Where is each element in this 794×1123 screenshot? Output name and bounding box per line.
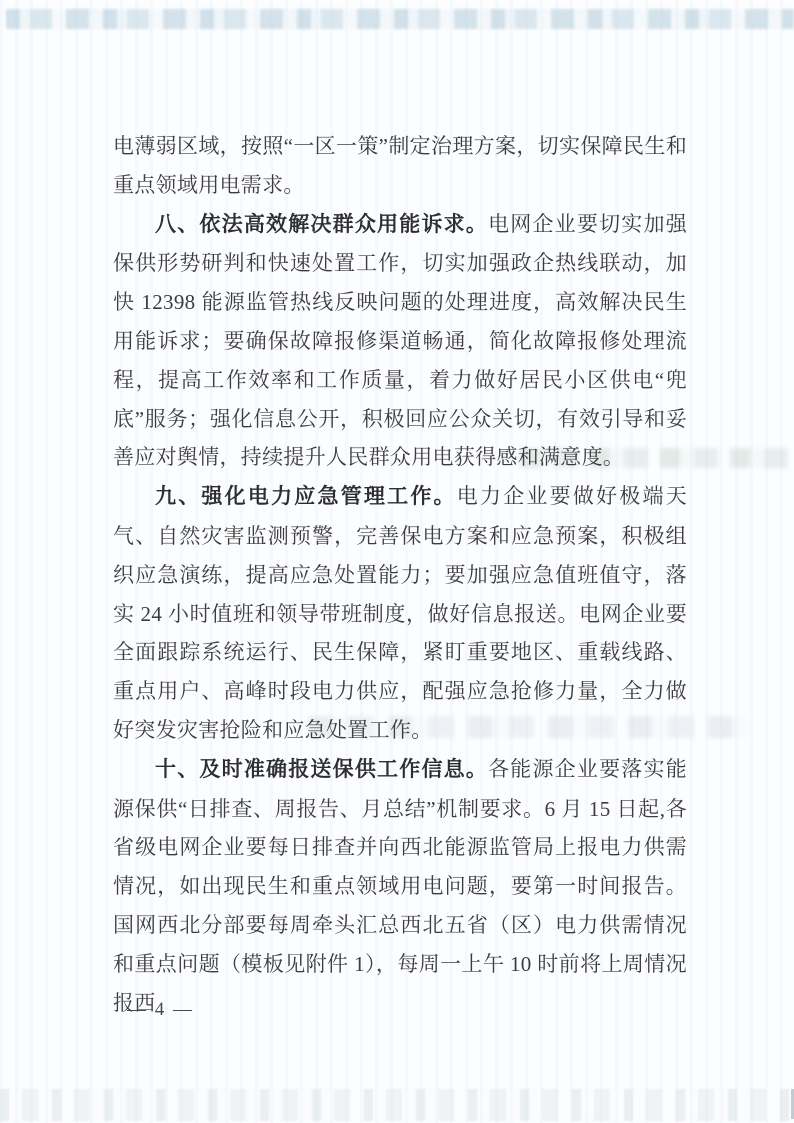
scan-artifact-top-band bbox=[6, 9, 794, 29]
scan-artifact-bottom-band bbox=[0, 1089, 794, 1121]
document-body: 电薄弱区域，按照“一区一策”制定治理方案，切实保障民生和重点领域用电需求。 八、… bbox=[113, 127, 687, 1022]
section-8-heading: 八、依法高效解决群众用能诉求。 bbox=[155, 213, 488, 236]
paragraph-continuation: 电薄弱区域，按照“一区一策”制定治理方案，切实保障民生和重点领域用电需求。 bbox=[113, 127, 687, 205]
document-page: 电薄弱区域，按照“一区一策”制定治理方案，切实保障民生和重点领域用电需求。 八、… bbox=[0, 0, 794, 1123]
paragraph-section-9: 九、强化电力应急管理工作。电力企业要做好极端天气、自然灾害监测预警，完善保电方案… bbox=[113, 477, 687, 750]
paragraph-text: 电网企业要切实加强保供形势研判和快速处置工作，切实加强政企热线联动，加快 123… bbox=[113, 212, 687, 470]
paragraph-section-8: 八、依法高效解决群众用能诉求。电网企业要切实加强保供形势研判和快速处置工作，切实… bbox=[113, 205, 687, 478]
paragraph-text: 电力企业要做好极端天气、自然灾害监测预警，完善保电方案和应急预案，积极组织应急演… bbox=[113, 484, 687, 742]
section-10-heading: 十、及时准确报送保供工作信息。 bbox=[155, 758, 488, 781]
page-number: — 4 — bbox=[127, 999, 194, 1020]
paragraph-text: 各能源企业要落实能源保供“日排查、周报告、月总结”机制要求。6 月 15 日起,… bbox=[113, 757, 687, 1015]
page-footer: — 4 — bbox=[127, 999, 194, 1021]
paragraph-section-10: 十、及时准确报送保供工作信息。各能源企业要落实能源保供“日排查、周报告、月总结”… bbox=[113, 750, 687, 1023]
paragraph-text: 电薄弱区域，按照“一区一策”制定治理方案，切实保障民生和重点领域用电需求。 bbox=[113, 134, 687, 197]
section-9-heading: 九、强化电力应急管理工作。 bbox=[155, 485, 457, 508]
